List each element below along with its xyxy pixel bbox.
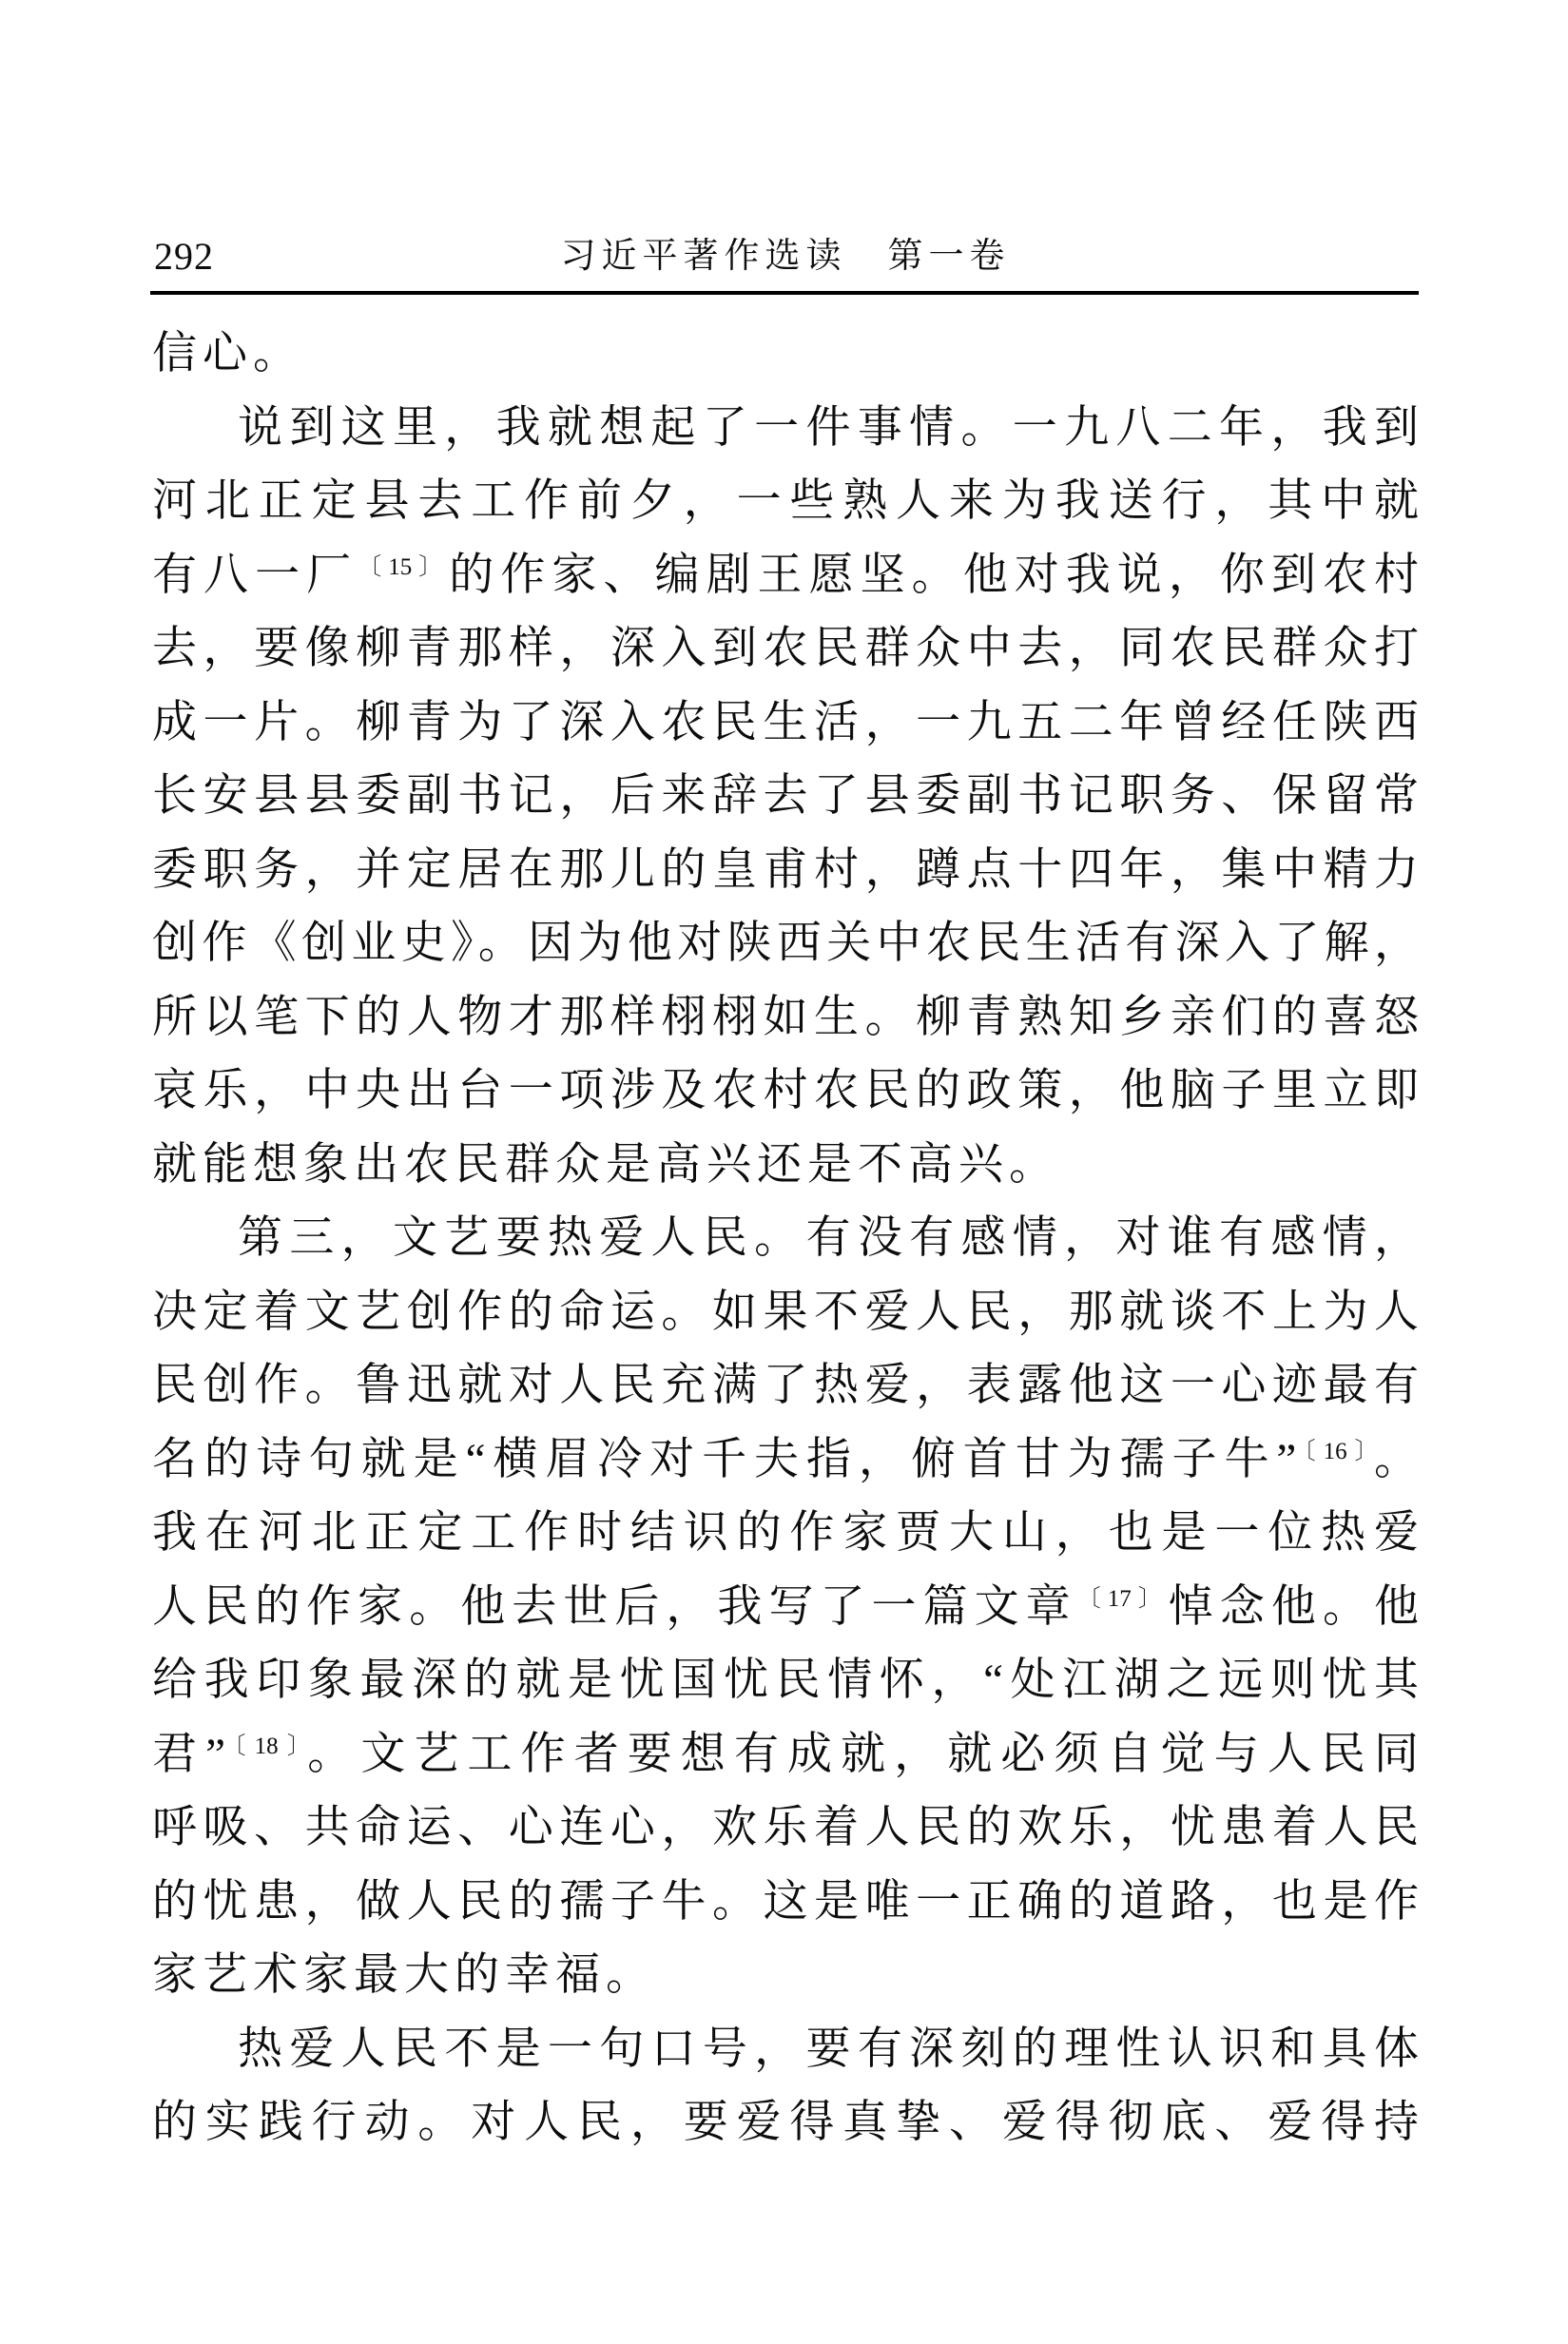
- footnote-marker: 〔15〕: [358, 554, 449, 580]
- body-line: 人民的作家。他去世后，我写了一篇文章〔17〕悼念他。他: [152, 1571, 1419, 1645]
- body-text: 信心。说到这里，我就想起了一件事情。一九八二年，我到河北正定县去工作前夕，一些熟…: [152, 318, 1419, 2160]
- body-line: 名的诗句就是“横眉冷对千夫指，俯首甘为孺子牛”〔16〕。: [152, 1424, 1419, 1498]
- body-line: 民创作。鲁迅就对人民充满了热爱，表露他这一心迹最有: [152, 1349, 1419, 1424]
- body-line: 第三，文艺要热爱人民。有没有感情，对谁有感情，: [152, 1202, 1419, 1276]
- body-line: 长安县县委副书记，后来辞去了县委副书记职务、保留常: [152, 760, 1419, 834]
- body-line: 热爱人民不是一句口号，要有深刻的理性认识和具体: [152, 2013, 1419, 2087]
- footnote-marker: 〔17〕: [1077, 1586, 1169, 1612]
- body-line: 呼吸、共命运、心连心，欢乐着人民的欢乐，忧患着人民: [152, 1792, 1419, 1866]
- body-line: 河北正定县去工作前夕，一些熟人来为我送行，其中就: [152, 465, 1419, 539]
- body-line: 所以笔下的人物才那样栩栩如生。柳青熟知乡亲们的喜怒: [152, 981, 1419, 1056]
- footnote-marker: 〔16〕: [1296, 1439, 1374, 1464]
- body-line: 给我印象最深的就是忧国忧民情怀，“处江湖之远则忧其: [152, 1644, 1419, 1718]
- body-line: 的忧患，做人民的孺子牛。这是唯一正确的道路，也是作: [152, 1866, 1419, 1940]
- body-line: 君”〔18〕。文艺工作者要想有成就，就必须自觉与人民同: [152, 1718, 1419, 1792]
- body-line: 的实践行动。对人民，要爱得真挚、爱得彻底、爱得持: [152, 2086, 1419, 2160]
- body-line: 委职务，并定居在那儿的皇甫村，蹲点十四年，集中精力: [152, 834, 1419, 908]
- body-line: 我在河北正定工作时结识的作家贾大山，也是一位热爱: [152, 1497, 1419, 1571]
- body-line: 家艺术家最大的幸福。: [152, 1939, 1419, 2013]
- body-line: 就能想象出农民群众是高兴还是不高兴。: [152, 1129, 1419, 1203]
- running-header-title: 习近平著作选读 第一卷: [152, 234, 1419, 280]
- body-line: 去，要像柳青那样，深入到农民群众中去，同农民群众打: [152, 612, 1419, 687]
- body-line: 哀乐，中央出台一项涉及农村农民的政策，他脑子里立即: [152, 1055, 1419, 1129]
- body-line: 信心。: [152, 318, 1419, 392]
- body-line: 创作《创业史》。因为他对陕西关中农民生活有深入了解，: [152, 907, 1419, 981]
- body-line: 成一片。柳青为了深入农民生活，一九五二年曾经任陕西: [152, 687, 1419, 761]
- footnote-marker: 〔18〕: [225, 1734, 307, 1759]
- body-line: 说到这里，我就想起了一件事情。一九八二年，我到: [152, 392, 1419, 466]
- body-line: 决定着文艺创作的命运。如果不爱人民，那就谈不上为人: [152, 1276, 1419, 1350]
- book-page: 292 习近平著作选读 第一卷 信心。说到这里，我就想起了一件事情。一九八二年，…: [0, 0, 1568, 2344]
- body-line: 有八一厂〔15〕的作家、编剧王愿坚。他对我说，你到农村: [152, 539, 1419, 613]
- header-divider-rule: [150, 291, 1419, 295]
- page-header: 292 习近平著作选读 第一卷: [152, 226, 1419, 283]
